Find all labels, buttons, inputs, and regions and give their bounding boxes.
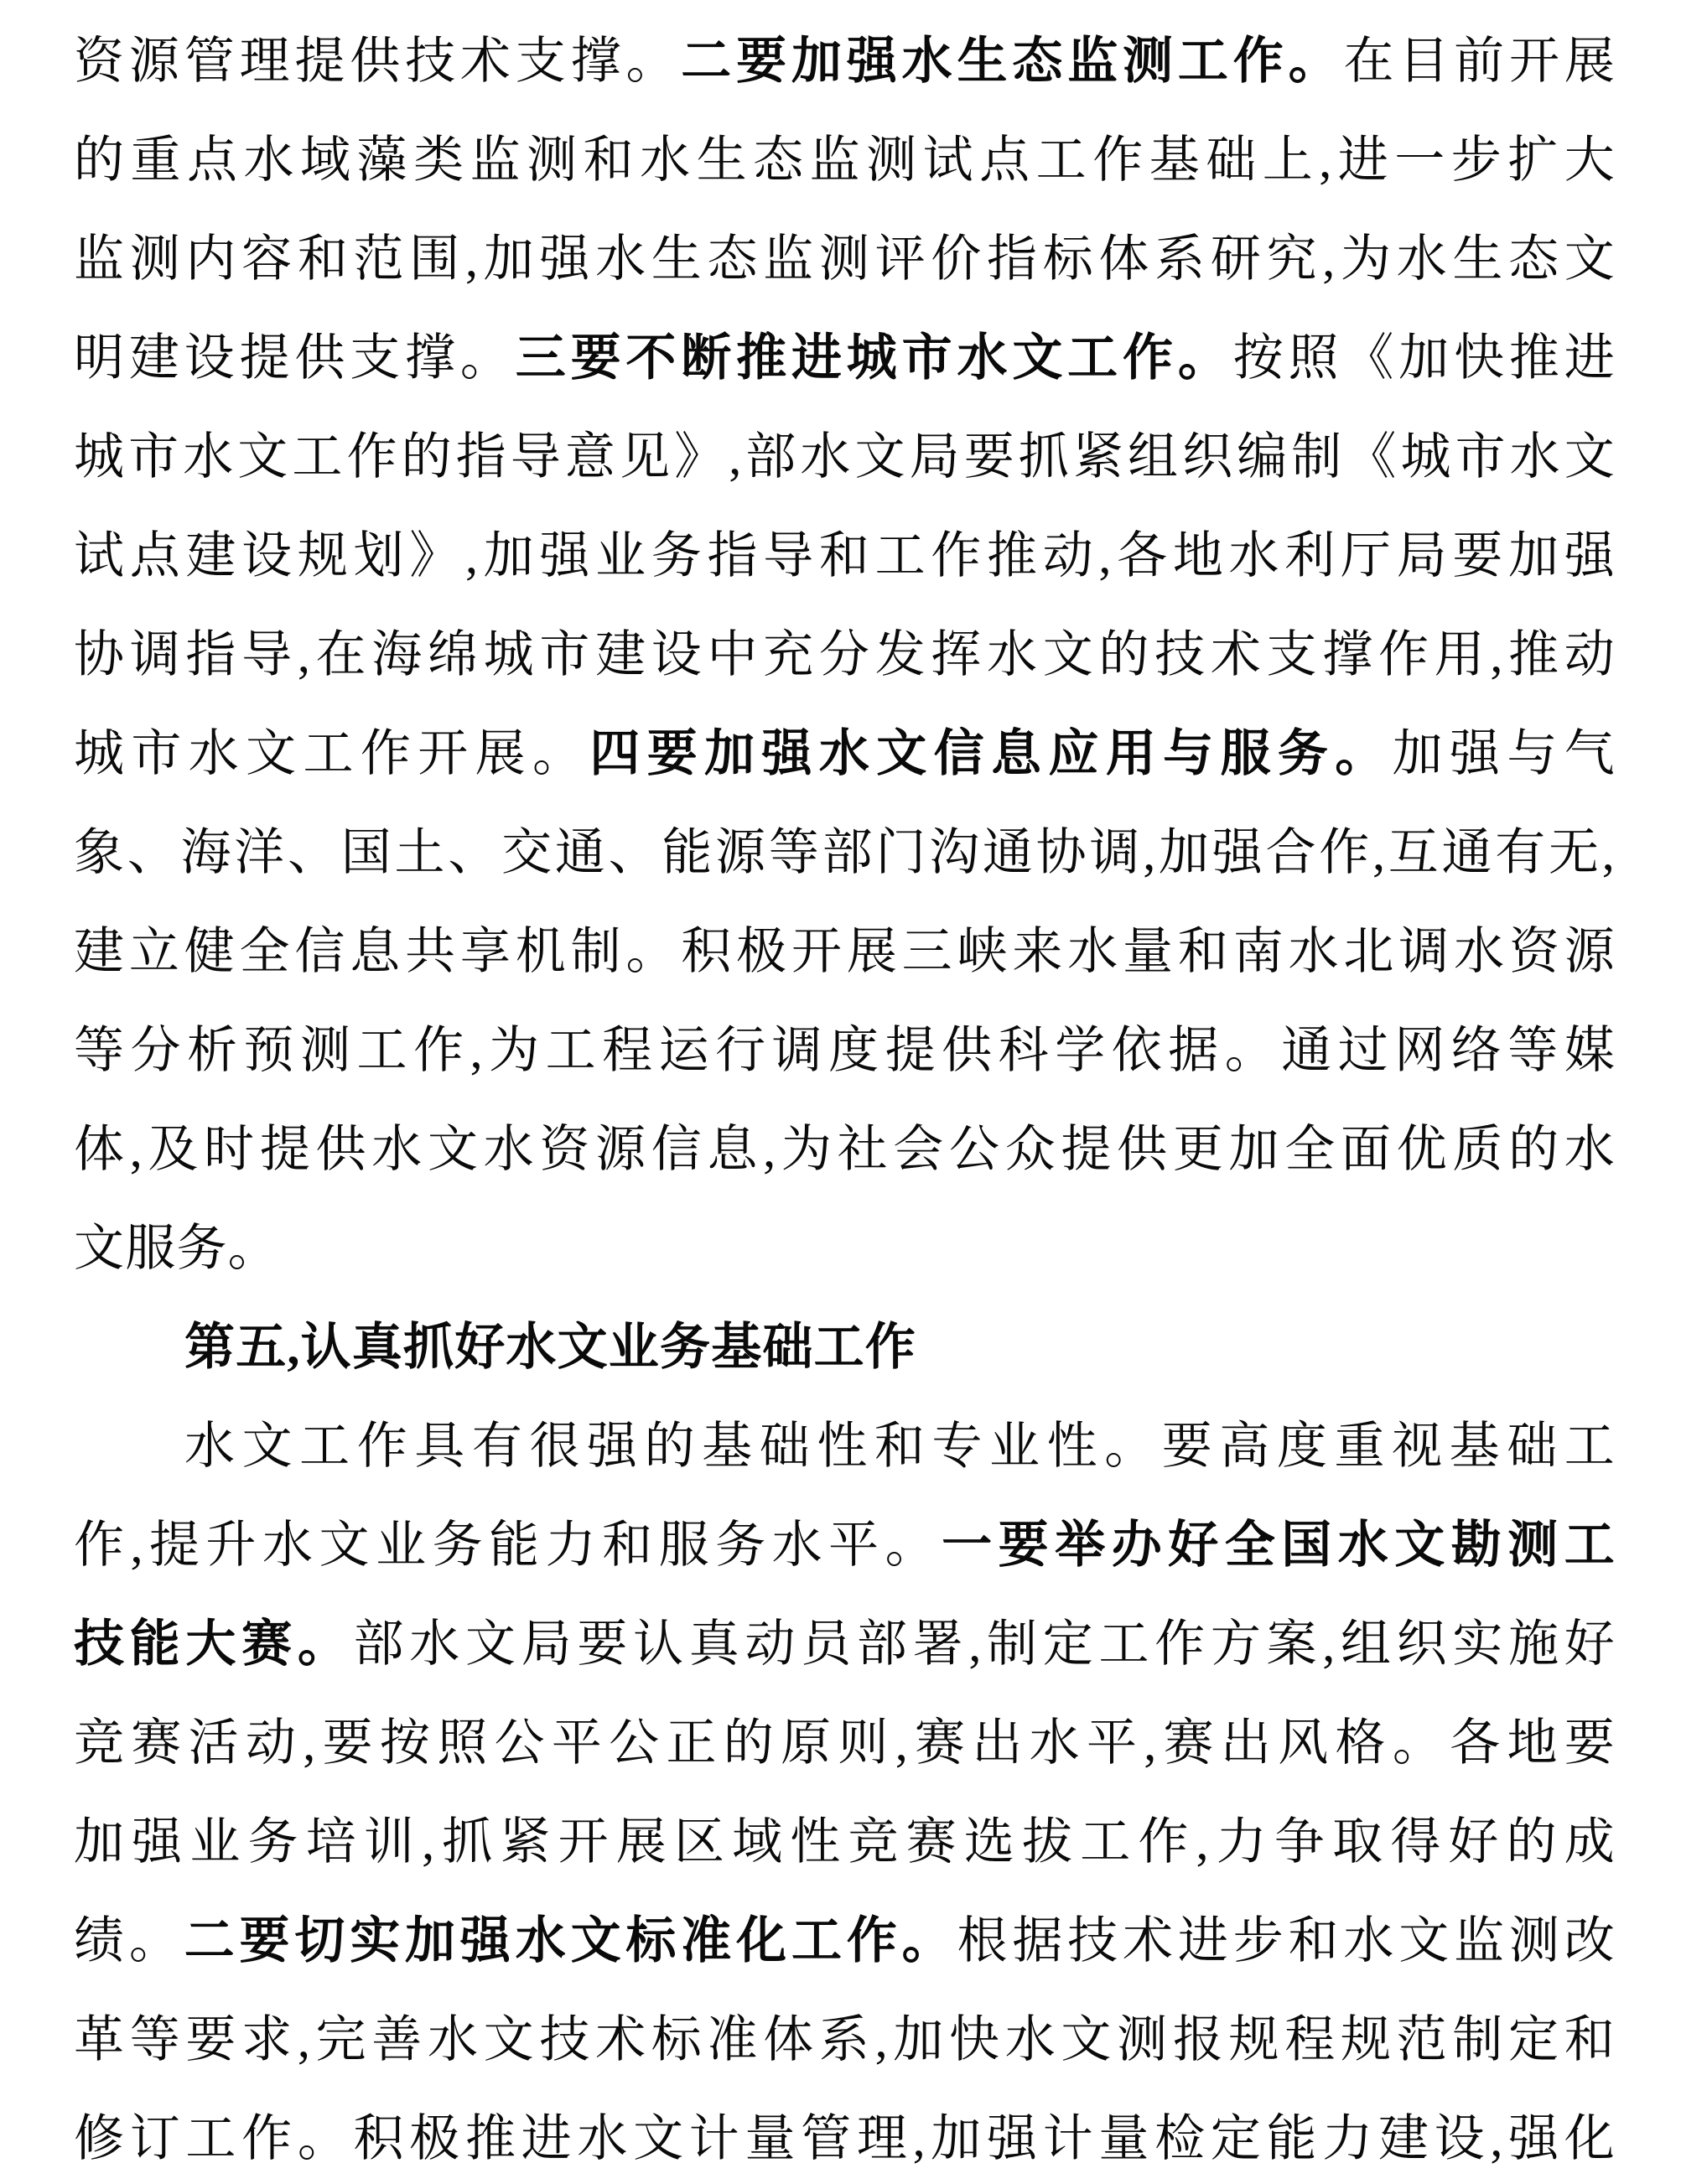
emphasis-text-segment: 二要切实加强水文标准化工作。 [184,1913,957,1969]
text-segment: 等分析预测工作,为工程运行调度提供科学依据。通过网络等媒 [74,1023,1616,1078]
text-segment: 水文工作具有很强的基础性和专业性。要高度重视基础工 [184,1419,1616,1474]
text-segment: 体,及时提供水文水资源信息,为社会公众提供更加全面优质的水 [74,1122,1616,1177]
text-line: 象、海洋、国土、交通、能源等部门沟通协调,加强合作,互通有无, [74,803,1616,902]
text-line: 监测内容和范围,加强水生态监测评价指标体系研究,为水生态文 [74,210,1616,309]
text-segment: 修订工作。积极推进水文计量管理,加强计量检定能力建设,强化 [74,2111,1616,2166]
emphasis-text-segment: 二要加强水生态监测工作。 [681,34,1343,89]
text-line: 明建设提供支撑。三要不断推进城市水文工作。按照《加快推进 [74,309,1616,407]
text-line: 作,提升水文业务能力和服务水平。一要举办好全国水文勘测工 [74,1496,1616,1595]
text-line: 绩。二要切实加强水文标准化工作。根据技术进步和水文监测改 [74,1891,1616,1990]
text-segment: 竞赛活动,要按照公平公正的原则,赛出水平,赛出风格。各地要 [74,1715,1616,1771]
text-line: 水文工作具有很强的基础性和专业性。要高度重视基础工 [74,1397,1616,1496]
text-segment: 的重点水域藻类监测和水生态监测试点工作基础上,进一步扩大 [74,132,1616,188]
text-line: 资源管理提供技术支撑。二要加强水生态监测工作。在目前开展 [74,12,1616,111]
emphasis-text-segment: 技能大赛。 [74,1616,354,1672]
text-line: 文服务。 [74,1199,1616,1298]
emphasis-text-segment: 第五,认真抓好水文业务基础工作 [184,1320,916,1375]
text-line: 建立健全信息共享机制。积极开展三峡来水量和南水北调水资源 [74,902,1616,1001]
text-segment: 部水文局要认真动员部署,制定工作方案,组织实施好 [354,1616,1616,1672]
text-segment: 城市水文工作开展。 [74,726,589,781]
text-line: 竞赛活动,要按照公平公正的原则,赛出水平,赛出风格。各地要 [74,1694,1616,1792]
text-segment: 建立健全信息共享机制。积极开展三峡来水量和南水北调水资源 [74,924,1616,979]
document-page: 资源管理提供技术支撑。二要加强水生态监测工作。在目前开展的重点水域藻类监测和水生… [0,0,1681,2184]
text-line: 技能大赛。部水文局要认真动员部署,制定工作方案,组织实施好 [74,1595,1616,1694]
text-segment: 城市水文工作的指导意见》,部水文局要抓紧组织编制《城市水文 [74,429,1616,485]
text-segment: 试点建设规划》,加强业务指导和工作推动,各地水利厅局要加强 [74,528,1616,584]
text-segment: 资源管理提供技术支撑。 [74,34,681,89]
text-segment: 象、海洋、国土、交通、能源等部门沟通协调,加强合作,互通有无, [74,825,1616,880]
text-line: 体,及时提供水文水资源信息,为社会公众提供更加全面优质的水 [74,1100,1616,1199]
text-block: 资源管理提供技术支撑。二要加强水生态监测工作。在目前开展的重点水域藻类监测和水生… [74,12,1616,2184]
text-segment: 按照《加快推进 [1233,330,1616,386]
text-segment: 绩。 [74,1913,184,1969]
text-line: 加强业务培训,抓紧开展区域性竞赛选拔工作,力争取得好的成 [74,1792,1616,1891]
text-line: 等分析预测工作,为工程运行调度提供科学依据。通过网络等媒 [74,1001,1616,1100]
text-line: 的重点水域藻类监测和水生态监测试点工作基础上,进一步扩大 [74,111,1616,210]
text-segment: 明建设提供支撑。 [74,330,516,386]
text-segment: 协调指导,在海绵城市建设中充分发挥水文的技术支撑作用,推动 [74,627,1616,682]
text-segment: 监测内容和范围,加强水生态监测评价指标体系研究,为水生态文 [74,231,1616,287]
text-segment: 加强与气 [1393,726,1616,781]
text-segment: 革等要求,完善水文技术标准体系,加快水文测报规程规范制定和 [74,2012,1616,2067]
emphasis-text-segment: 三要不断推进城市水文工作。 [516,330,1233,386]
text-line: 革等要求,完善水文技术标准体系,加快水文测报规程规范制定和 [74,1990,1616,2089]
text-segment: 根据技术进步和水文监测改 [957,1913,1616,1969]
text-segment: 文服务。 [74,1221,279,1276]
text-segment: 作,提升水文业务能力和服务水平。 [74,1517,942,1573]
text-line: 试点建设规划》,加强业务指导和工作推动,各地水利厅局要加强 [74,506,1616,605]
emphasis-text-segment: 四要加强水文信息应用与服务。 [589,726,1392,781]
emphasis-text-segment: 一要举办好全国水文勘测工 [942,1517,1616,1573]
text-line: 城市水文工作开展。四要加强水文信息应用与服务。加强与气 [74,704,1616,803]
text-segment: 在目前开展 [1343,34,1616,89]
text-line: 城市水文工作的指导意见》,部水文局要抓紧组织编制《城市水文 [74,407,1616,506]
text-line: 修订工作。积极推进水文计量管理,加强计量检定能力建设,强化 [74,2089,1616,2184]
text-line: 协调指导,在海绵城市建设中充分发挥水文的技术支撑作用,推动 [74,605,1616,704]
section-heading: 第五,认真抓好水文业务基础工作 [74,1298,1616,1397]
text-segment: 加强业务培训,抓紧开展区域性竞赛选拔工作,力争取得好的成 [74,1814,1616,1870]
